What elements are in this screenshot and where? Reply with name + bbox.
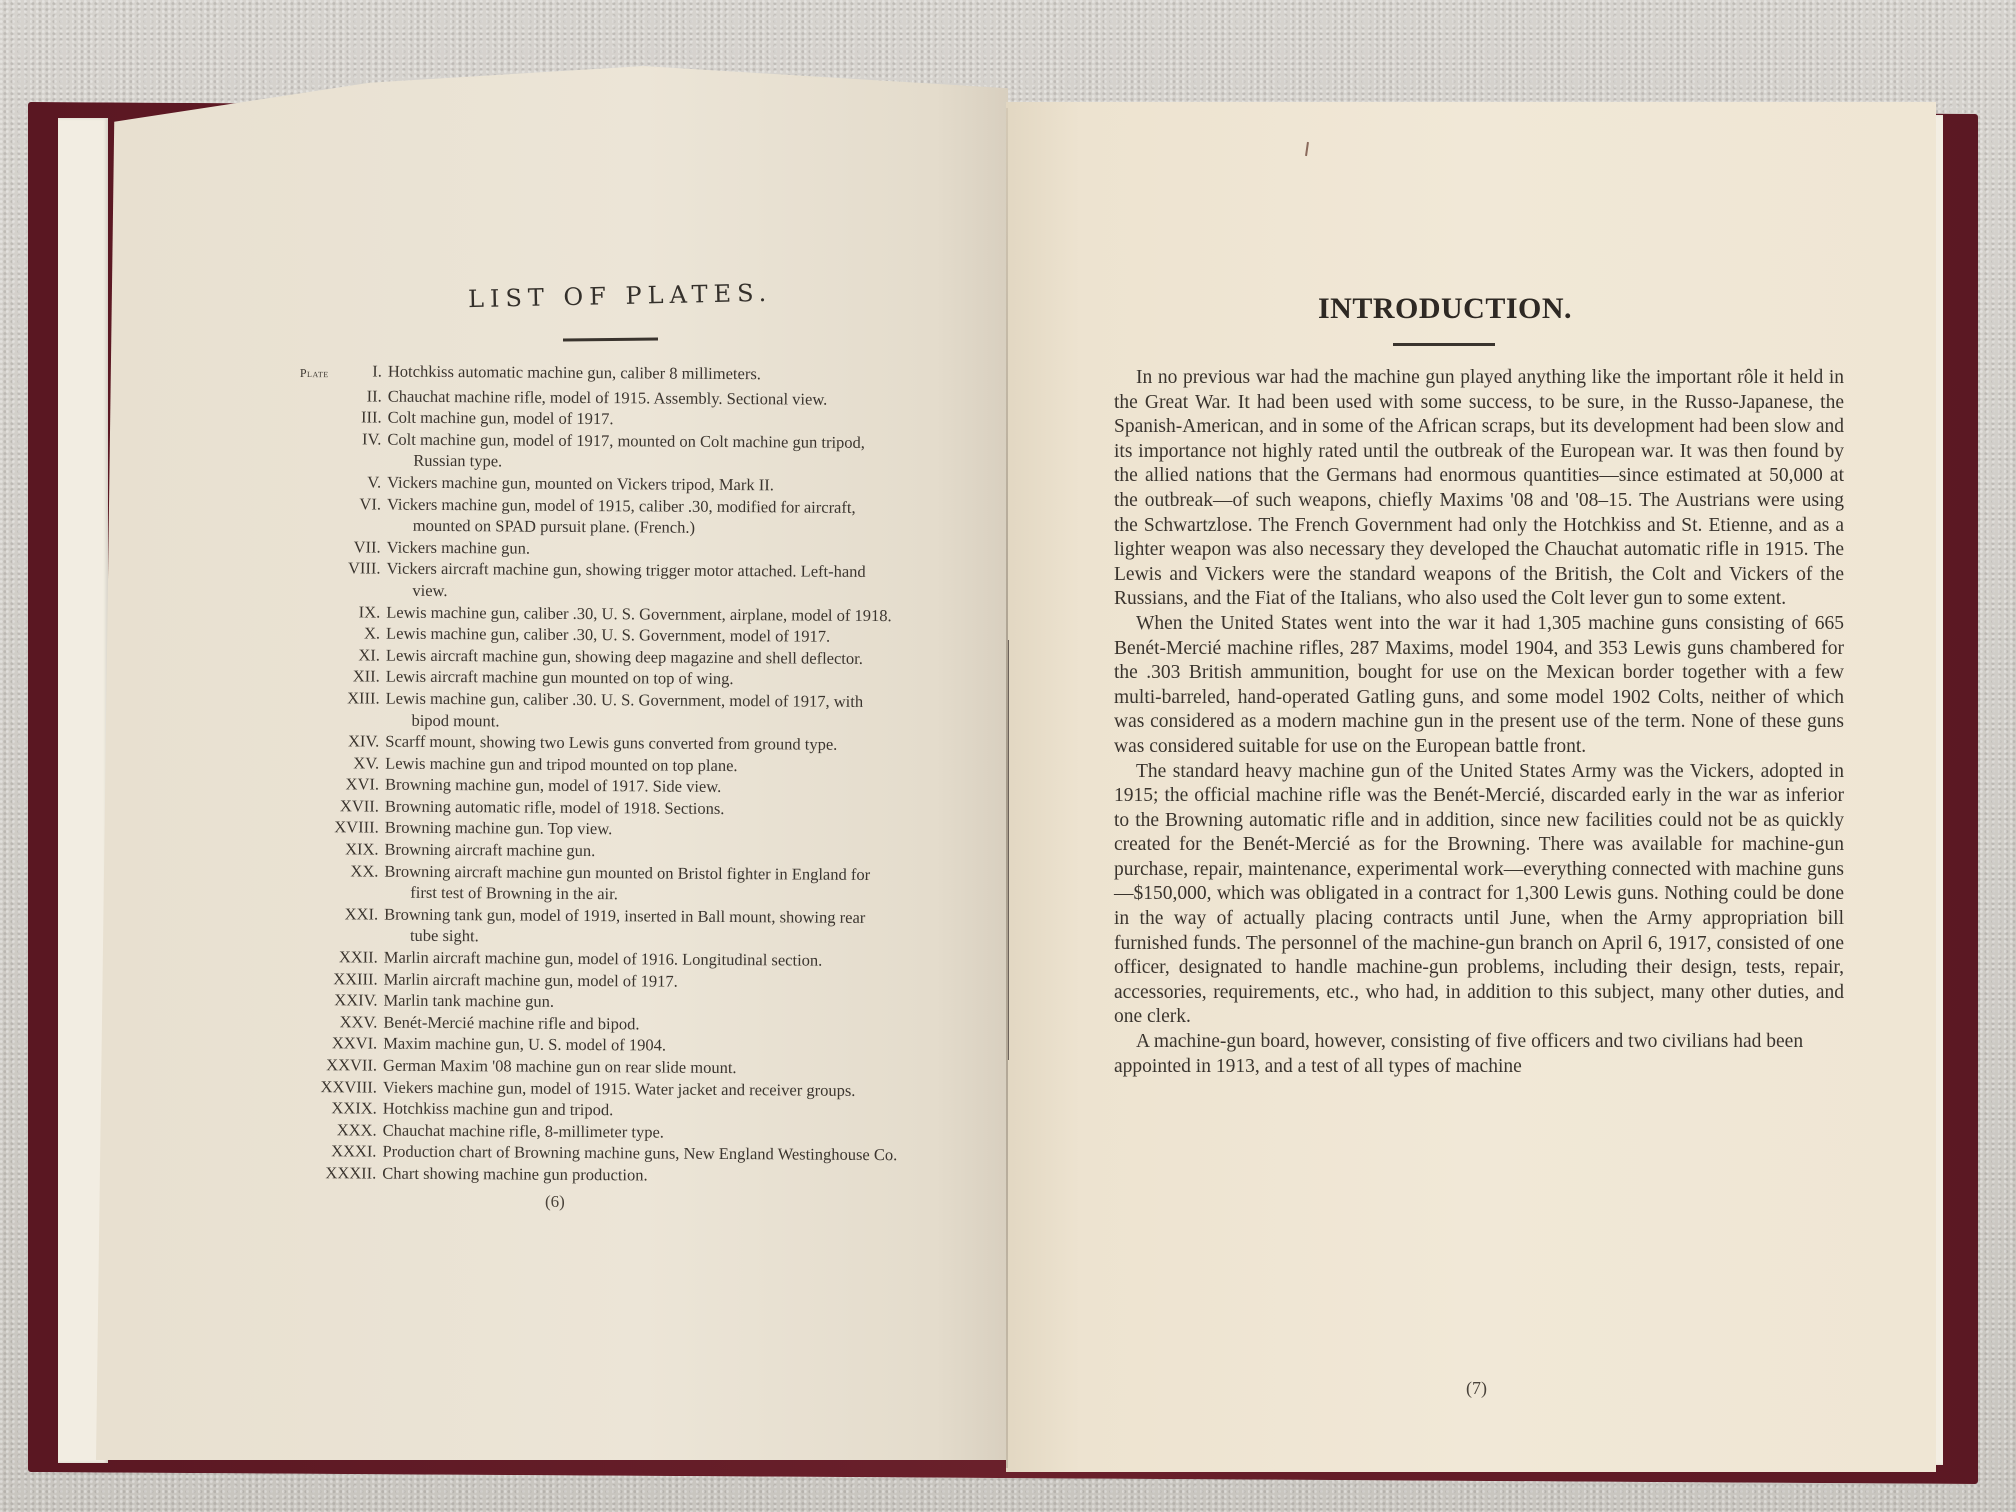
plate-number: III. bbox=[300, 406, 388, 428]
plate-description: Colt machine gun, model of 1917, mounted… bbox=[387, 429, 865, 451]
paragraph: The standard heavy machine gun of the Un… bbox=[1114, 760, 1844, 1031]
plates-list: PlateI.Hotchkiss automatic machine gun, … bbox=[294, 360, 940, 1188]
plate-number: V. bbox=[299, 471, 387, 493]
plate-number: XXI. bbox=[296, 903, 384, 947]
plate-number: XIX. bbox=[297, 838, 385, 860]
list-item: XXI.Browning tank gun, model of 1919, in… bbox=[296, 903, 936, 951]
introduction-body: In no previous war had the machine gun p… bbox=[1114, 366, 1844, 1079]
plate-description: Hotchkiss automatic machine gun, caliber… bbox=[388, 361, 940, 389]
plate-number: XXIX. bbox=[295, 1097, 383, 1119]
list-item: XXXII.Chart showing machine gun producti… bbox=[294, 1162, 934, 1188]
list-item: XIII.Lewis machine gun, caliber .30. U. … bbox=[297, 687, 937, 735]
plate-number: XVIII. bbox=[297, 816, 385, 838]
plate-number: XXX. bbox=[295, 1119, 383, 1141]
plate-description: Chart showing machine gun production. bbox=[382, 1163, 934, 1188]
title-rule bbox=[1393, 343, 1495, 346]
plate-number: XVI. bbox=[297, 773, 385, 795]
list-item: IV.Colt machine gun, model of 1917, moun… bbox=[299, 428, 939, 476]
plate-number: XXVIII. bbox=[295, 1076, 383, 1098]
plate-number: XXV. bbox=[295, 1011, 383, 1033]
plate-number: XXXI. bbox=[294, 1140, 382, 1162]
plate-number: XVII. bbox=[297, 795, 385, 817]
plate-number: XXIV. bbox=[295, 989, 383, 1011]
page-number-right: (7) bbox=[1466, 1378, 1487, 1399]
plate-number: IV. bbox=[299, 428, 387, 472]
plate-number: XV. bbox=[297, 752, 385, 774]
plate-description: Vickers machine gun, model of 1915, cali… bbox=[387, 494, 856, 516]
plate-number: VII. bbox=[299, 536, 387, 558]
plate-number: XIII. bbox=[297, 687, 385, 731]
plate-number: XII. bbox=[298, 665, 386, 687]
plate-number: I. bbox=[340, 360, 388, 385]
paragraph: When the United States went into the war… bbox=[1114, 612, 1844, 760]
list-item: XX.Browning aircraft machine gun mounted… bbox=[296, 860, 936, 908]
plate-number: XXII. bbox=[296, 946, 384, 968]
plate-number: IX. bbox=[298, 601, 386, 623]
plate-number: XI. bbox=[298, 644, 386, 666]
page-number-left: (6) bbox=[545, 1192, 565, 1212]
plate-number: VI. bbox=[299, 493, 387, 537]
plate-number: XXXII. bbox=[294, 1162, 382, 1184]
plate-description: Lewis machine gun, caliber .30. U. S. Go… bbox=[386, 689, 864, 711]
plate-number: XXVII. bbox=[295, 1054, 383, 1076]
plate-prefix: Plate bbox=[300, 360, 340, 385]
plate-number: X. bbox=[298, 622, 386, 644]
plate-number: XX. bbox=[296, 860, 384, 904]
plate-number: VIII. bbox=[298, 557, 386, 601]
plate-number: XXVI. bbox=[295, 1032, 383, 1054]
plate-number: XIV. bbox=[297, 730, 385, 752]
list-item: VI.Vickers machine gun, model of 1915, c… bbox=[299, 493, 939, 541]
plate-description: Vickers aircraft machine gun, showing tr… bbox=[386, 559, 865, 581]
plate-number: II. bbox=[300, 385, 388, 407]
list-item: VIII.Vickers aircraft machine gun, showi… bbox=[298, 557, 938, 605]
binding-thread bbox=[1008, 640, 1009, 1060]
introduction-title: INTRODUCTION. bbox=[1318, 292, 1572, 326]
paragraph: A machine-gun board, however, consisting… bbox=[1114, 1030, 1844, 1079]
plate-description: Browning tank gun, model of 1919, insert… bbox=[384, 904, 865, 926]
plate-number: XXIII. bbox=[296, 968, 384, 990]
plate-description: Browning aircraft machine gun mounted on… bbox=[384, 861, 870, 883]
paragraph: In no previous war had the machine gun p… bbox=[1114, 366, 1844, 612]
